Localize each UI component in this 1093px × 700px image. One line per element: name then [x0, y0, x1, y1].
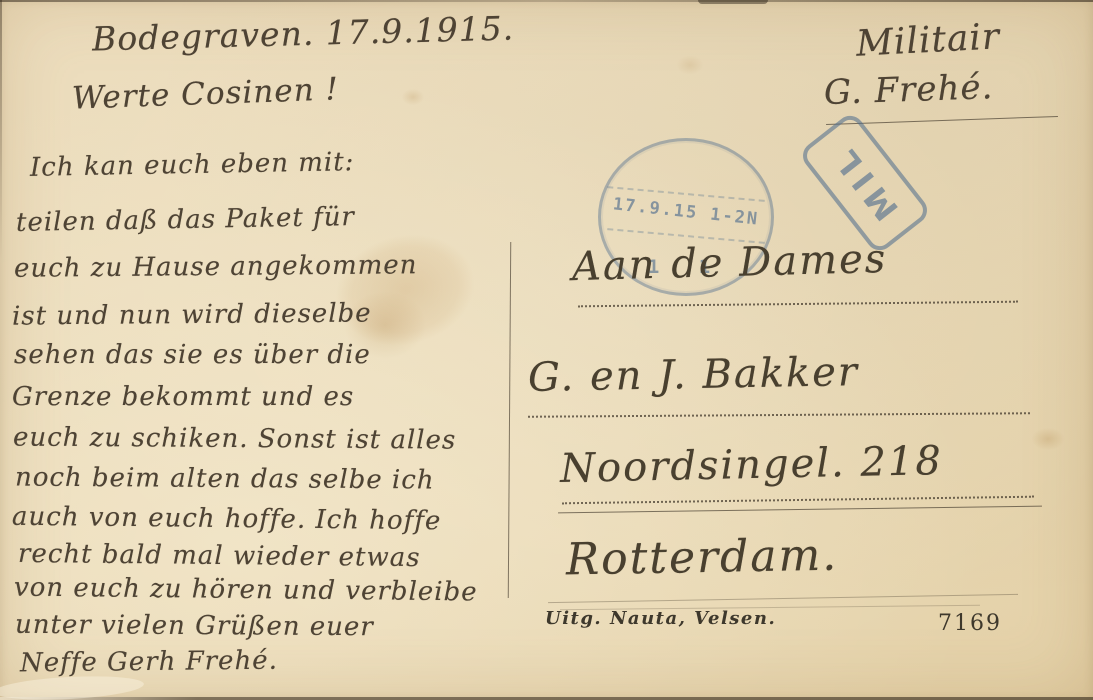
- stain: [1026, 424, 1070, 454]
- message-line: Ich kan euch eben mit:: [30, 149, 355, 181]
- message-line: ist und nun wird dieselbe: [12, 300, 372, 329]
- stain: [398, 86, 428, 108]
- address-line-recipient: Aan de Dames: [571, 236, 887, 290]
- message-line: auch von euch hoffe. Ich hoffe: [12, 504, 442, 534]
- card-number: 7169: [938, 611, 1002, 636]
- address-line-city: Rotterdam.: [566, 530, 839, 586]
- military-box-stamp-text: MIL: [824, 138, 906, 228]
- publisher-imprint: Uitg. Nauta, Velsen.: [545, 608, 776, 629]
- address-underline: [558, 506, 1042, 514]
- message-line: von euch zu hören und verbleibe: [14, 575, 478, 606]
- message-line: unter vielen Grüßen euer: [15, 612, 374, 641]
- message-line: euch zu Hause angekommen: [14, 252, 418, 282]
- card-edge-left: [0, 0, 2, 260]
- address-dotted-rule: [562, 496, 1034, 505]
- message-line: teilen daß das Paket für: [16, 204, 355, 236]
- message-line: Neffe Gerh Frehé.: [20, 648, 278, 677]
- sender-name: G. Frehé.: [823, 67, 994, 113]
- address-dotted-rule: [578, 301, 1018, 308]
- message-line: sehen das sie es über die: [14, 342, 371, 368]
- card-edge-top: [0, 0, 1093, 2]
- dateline: Bodegraven. 17.9.1915.: [92, 8, 515, 58]
- sender-militair-label: Militair: [855, 16, 1001, 64]
- message-line: Grenze bekommt und es: [12, 384, 354, 410]
- message-line: noch beim alten das selbe ich: [15, 465, 435, 494]
- message-line: recht bald mal wieder etwas: [18, 541, 421, 571]
- address-dotted-rule: [528, 412, 1030, 418]
- postcard-scan: Bodegraven. 17.9.1915. Werte Cosinen ! I…: [0, 0, 1093, 700]
- card-edge-top-notch: [698, 0, 768, 4]
- stain: [672, 52, 708, 78]
- city-underline: [548, 594, 1018, 603]
- address-line-street: Noordsingel. 218: [560, 438, 944, 492]
- military-box-stamp: MIL: [797, 110, 932, 256]
- divider-line: [508, 242, 511, 598]
- address-line-names: G. en J. Bakker: [528, 349, 860, 401]
- message-line: euch zu schiken. Sonst ist alles: [13, 424, 456, 453]
- salutation: Werte Cosinen !: [71, 71, 339, 116]
